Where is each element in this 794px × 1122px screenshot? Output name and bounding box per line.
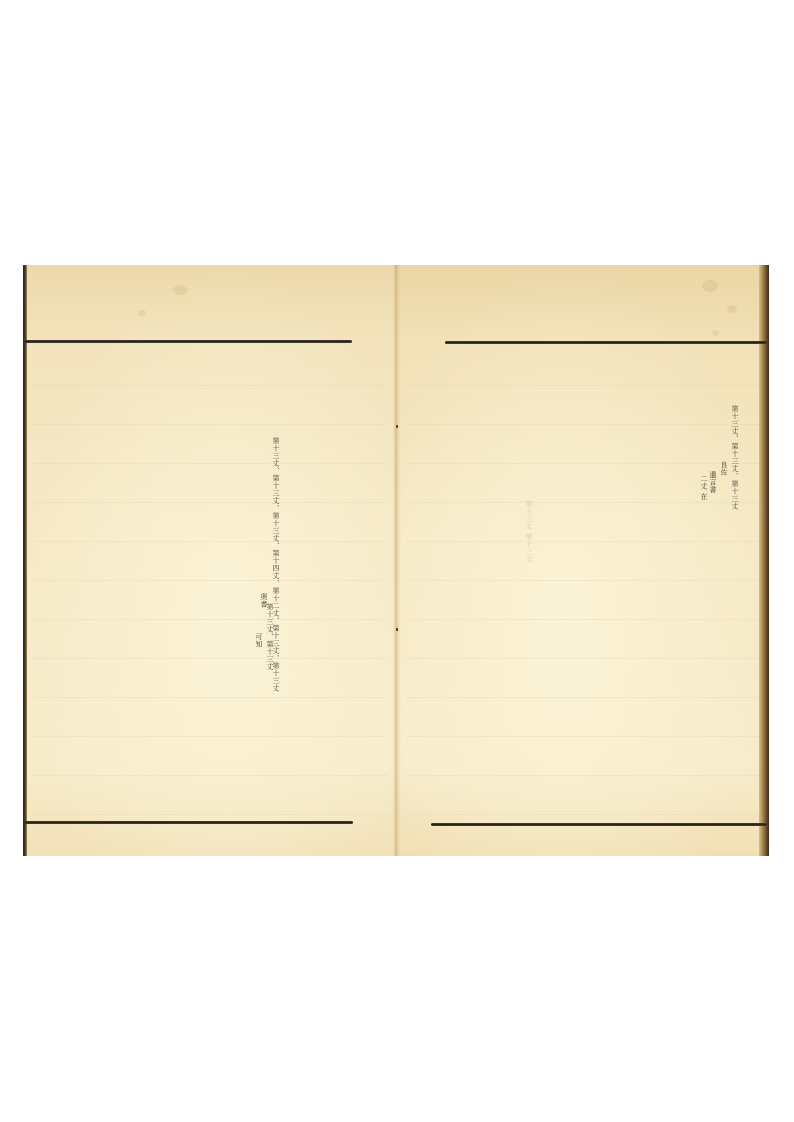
book-gutter xyxy=(393,265,401,856)
top-rule-left xyxy=(25,340,352,343)
paper-stain xyxy=(712,330,719,336)
binding-mark xyxy=(396,425,398,428)
top-rule-right xyxy=(445,341,767,344)
paper-stain xyxy=(173,285,187,295)
right-page: 第十三丈、第十三丈、第十三丈 良佐 遺言書 二丈 在 第十三丈 第十三丈 xyxy=(397,265,769,856)
paper-stain xyxy=(727,305,737,313)
bottom-rule-right xyxy=(431,823,767,826)
handwritten-column-sub: 遺言書 xyxy=(708,471,717,511)
manuscript-spread: 第十三丈、第十三丈、第十三丈、第十四丈、第十二丈、第十三丈、第十三丈 奥書 第十… xyxy=(23,265,769,856)
faint-ruled-lines xyxy=(407,347,759,816)
left-cover-edge xyxy=(23,265,27,856)
show-through-text: 第十三丈 第十三丈 xyxy=(524,500,533,570)
bottom-rule-left xyxy=(25,821,353,824)
handwritten-note: 二丈 在 xyxy=(699,475,708,515)
paper-stain xyxy=(138,310,146,316)
paper-stain xyxy=(702,280,718,292)
handwritten-column-sub: 第十三丈、第十三丈 xyxy=(265,603,274,663)
handwritten-note: 可知 xyxy=(254,633,263,653)
binding-mark xyxy=(396,628,398,631)
faint-ruled-lines xyxy=(33,347,387,816)
left-page: 第十三丈、第十三丈、第十三丈、第十四丈、第十二丈、第十三丈、第十三丈 奥書 第十… xyxy=(23,265,397,856)
handwritten-note: 良佐 xyxy=(719,461,728,491)
right-cover-edge xyxy=(759,265,769,856)
handwritten-column-main: 第十三丈、第十三丈、第十三丈 xyxy=(730,405,739,515)
